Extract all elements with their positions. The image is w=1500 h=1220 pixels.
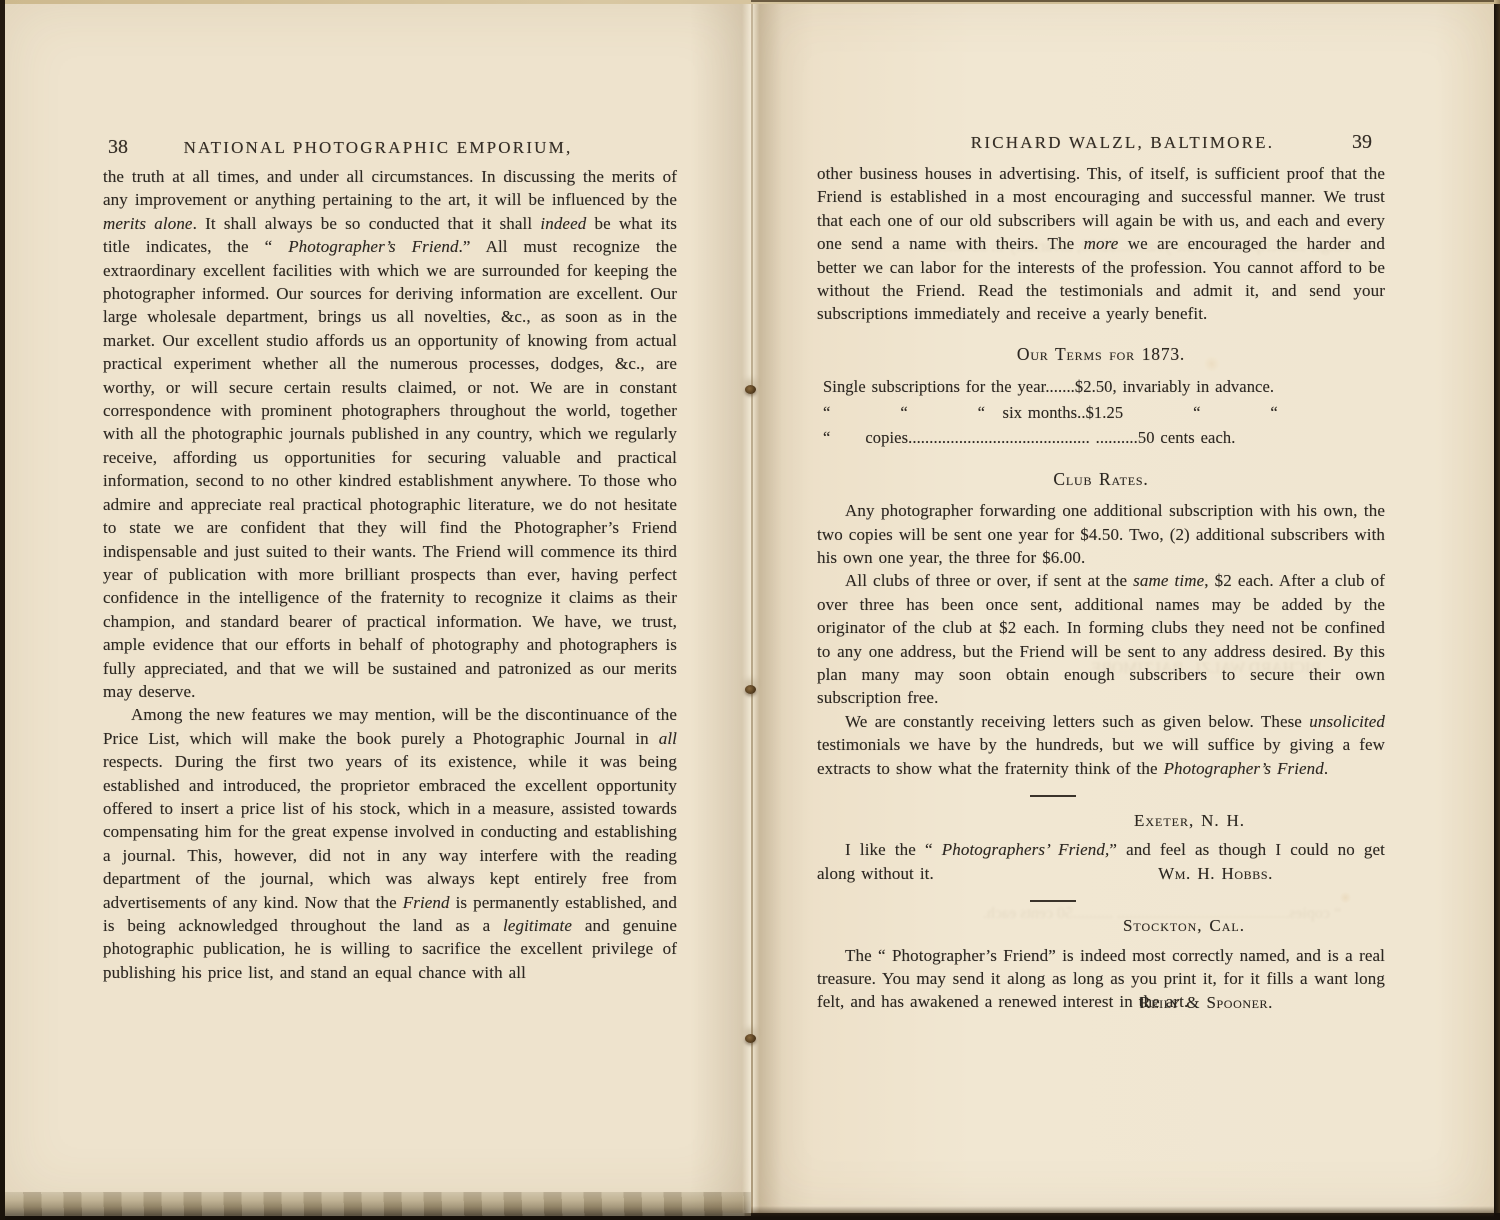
left-paragraph-2: Among the new features we may mention, w… xyxy=(103,703,677,984)
left-text-column: the truth at all times, and under all ci… xyxy=(103,165,677,984)
terms-block: Single subscriptions for the year.......… xyxy=(823,374,1385,451)
page-deckle-edge xyxy=(2,1192,751,1216)
right-text-column: other business houses in advertising. Th… xyxy=(817,162,1385,1014)
binding-stitch-hole xyxy=(745,685,756,694)
club-paragraph-1: Any photographer forwarding one addition… xyxy=(817,499,1385,569)
left-paragraph-1: the truth at all times, and under all ci… xyxy=(103,165,677,703)
section-divider-rule xyxy=(1030,900,1076,902)
page-right: Single subscriptions for the year.......… xyxy=(751,0,1494,1213)
terms-heading: Our Terms for 1873. xyxy=(817,343,1385,366)
page-number-right: 39 xyxy=(1352,131,1372,154)
terms-line-year: Single subscriptions for the year.......… xyxy=(823,374,1385,400)
section-divider-rule xyxy=(1030,795,1076,797)
running-header-right-title: RICHARD WALZL, BALTIMORE. xyxy=(971,133,1274,152)
running-header-left-title: NATIONAL PHOTOGRAPHIC EMPORIUM, xyxy=(184,138,573,157)
club-rates-heading: Club Rates. xyxy=(817,468,1385,491)
binding-stitch-hole xyxy=(745,1034,756,1043)
testimonial-2-place: Stockton, Cal. xyxy=(817,914,1385,937)
photo-right-edge xyxy=(1494,0,1500,1213)
page-top-edge-line xyxy=(751,0,1494,2)
terms-line-copies: “ copies................................… xyxy=(823,425,1385,451)
photo-backdrop: 38 NATIONAL PHOTOGRAPHIC EMPORIUM, the t… xyxy=(0,0,1500,1220)
spine-crease-line xyxy=(751,0,753,1213)
page-bottom-shadow xyxy=(751,1206,1494,1220)
testimonial-1-place: Exeter, N. H. xyxy=(817,809,1385,832)
photo-left-edge xyxy=(0,0,5,1220)
terms-line-six-months: “ “ “ six months..$1.25 “ “ xyxy=(823,400,1385,426)
page-number-left: 38 xyxy=(108,136,128,159)
page-left: 38 NATIONAL PHOTOGRAPHIC EMPORIUM, the t… xyxy=(5,3,751,1202)
running-head-right: RICHARD WALZL, BALTIMORE. 39 xyxy=(751,133,1494,153)
club-paragraph-2: All clubs of three or over, if sent at t… xyxy=(817,569,1385,709)
right-intro-paragraph: other business houses in advertising. Th… xyxy=(817,162,1385,326)
running-head-left: 38 NATIONAL PHOTOGRAPHIC EMPORIUM, xyxy=(5,138,751,158)
binding-stitch-hole xyxy=(745,385,756,394)
club-paragraph-3: We are constantly receiving letters such… xyxy=(817,710,1385,780)
